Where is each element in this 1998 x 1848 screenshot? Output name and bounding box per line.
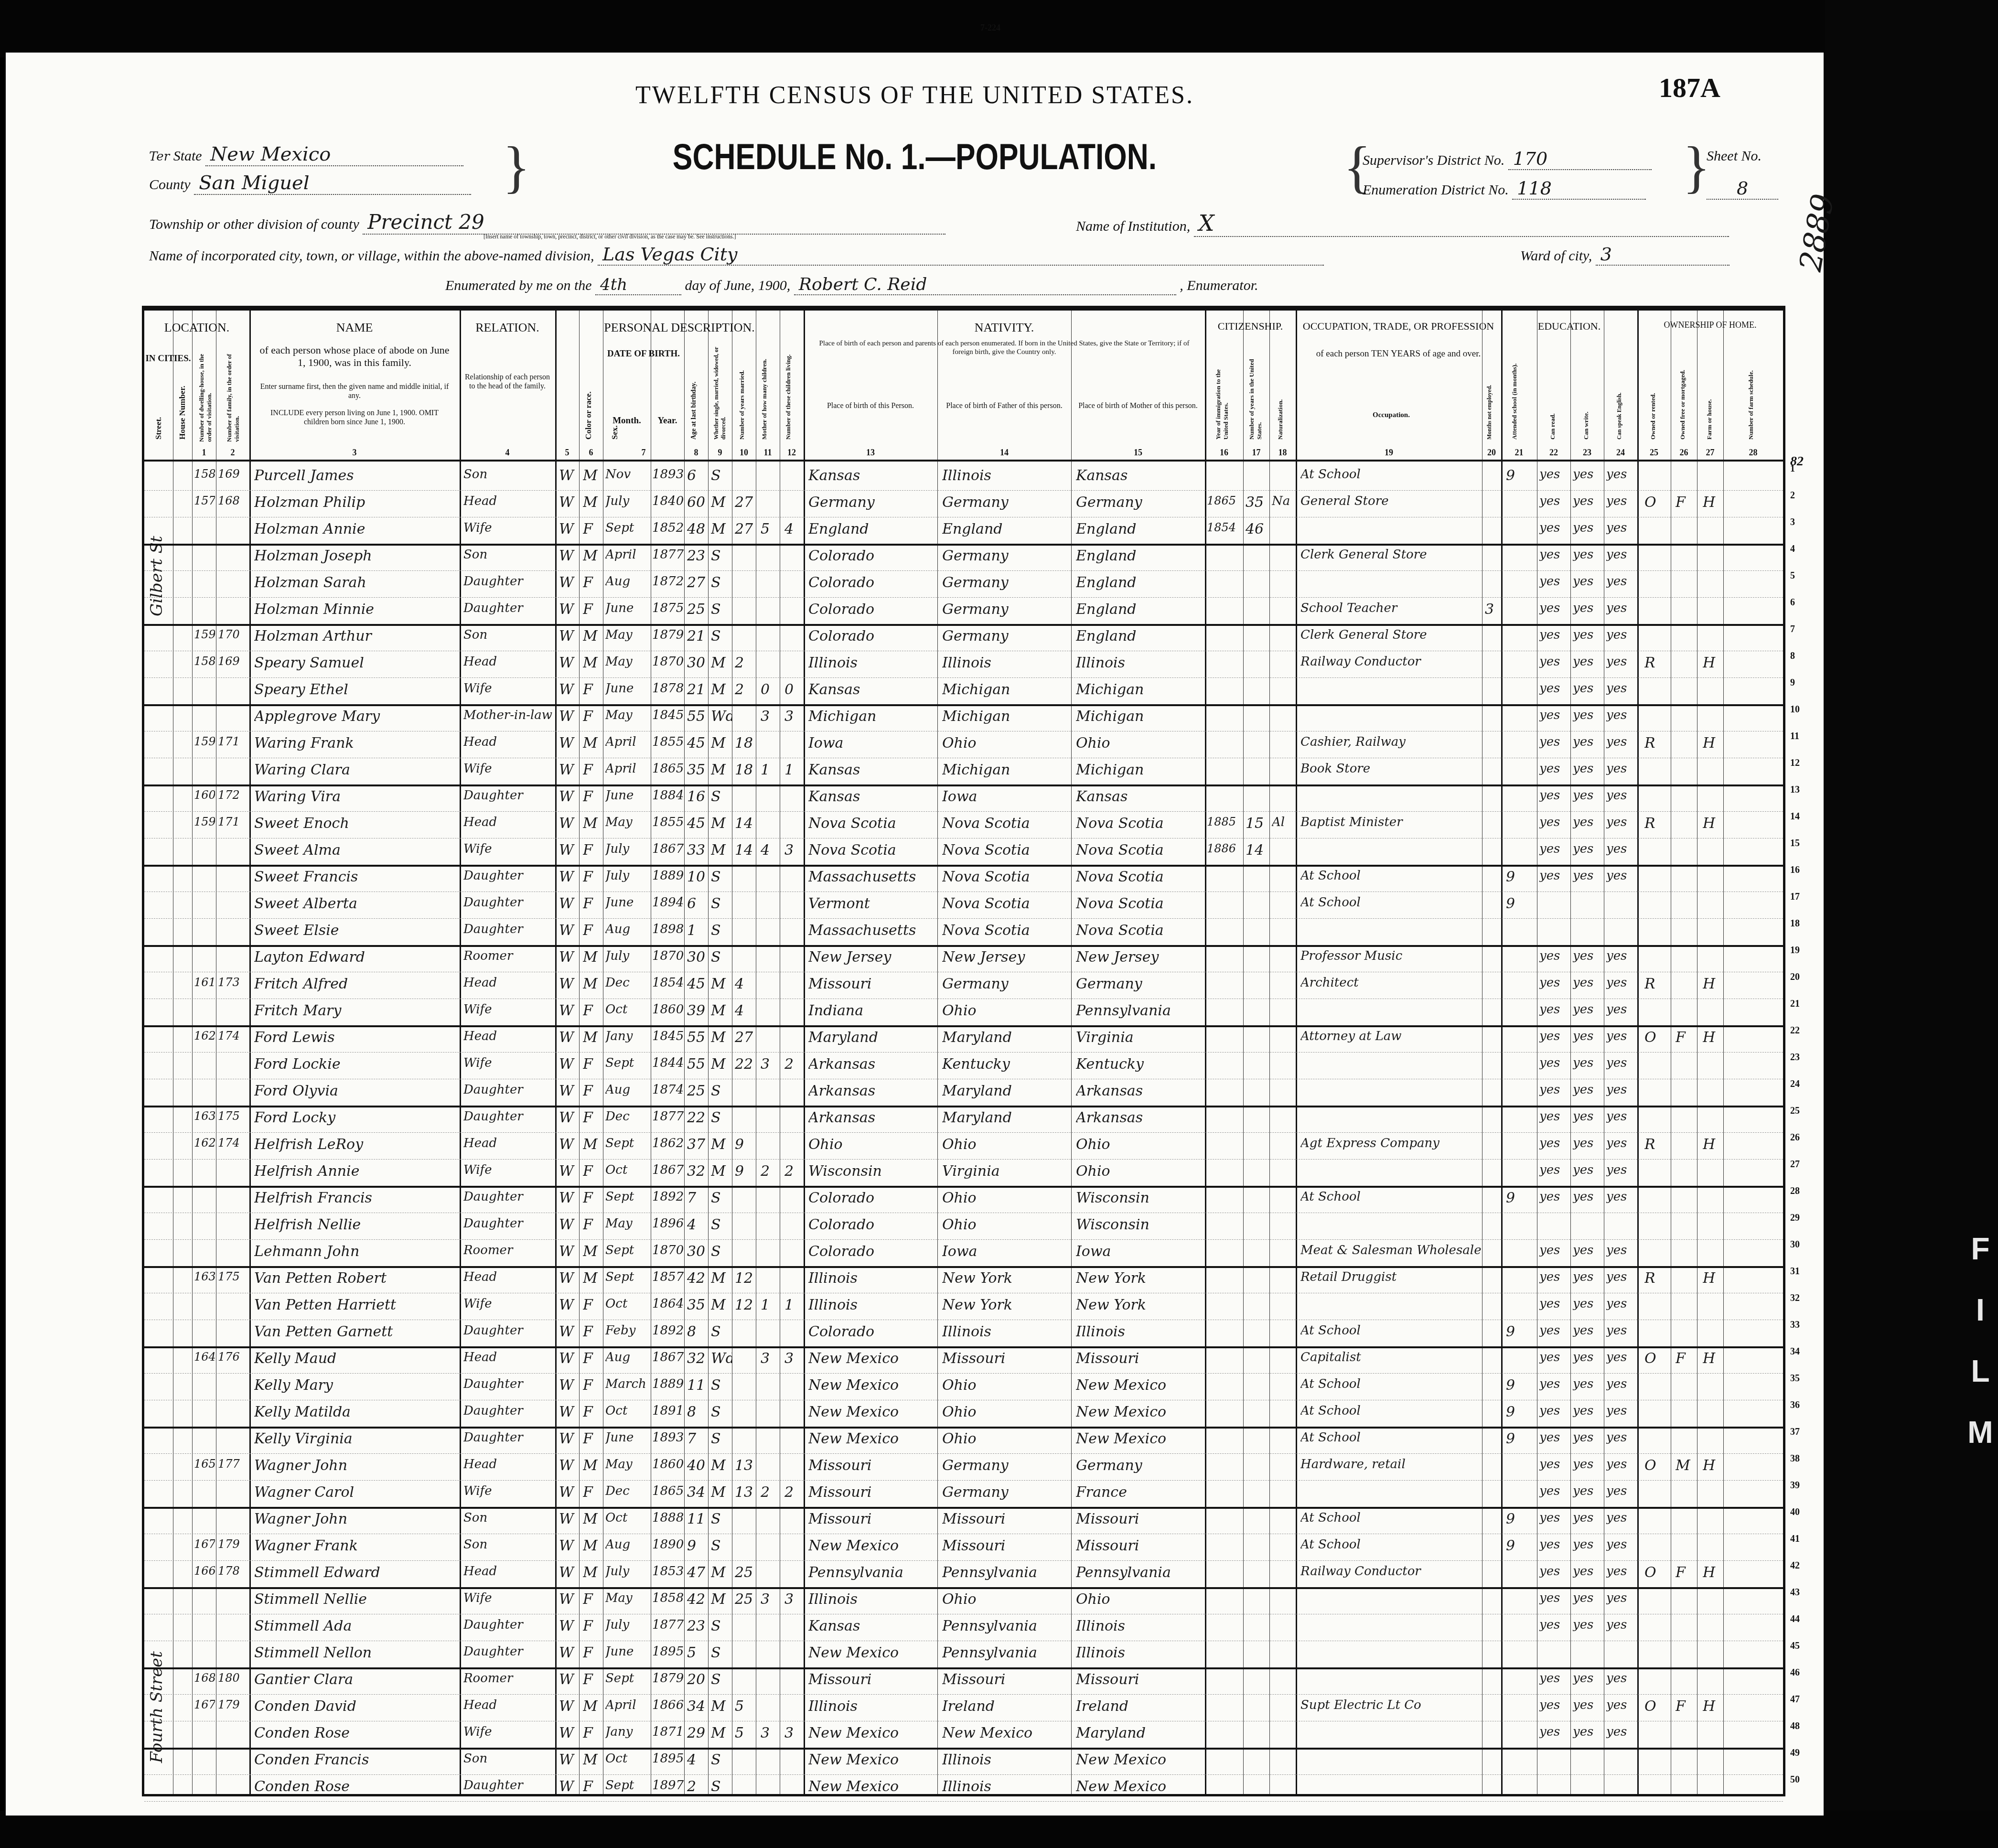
- can-write: yes: [1573, 655, 1603, 669]
- relation: Roomer: [463, 1671, 554, 1686]
- line-number: 7: [1790, 624, 1795, 635]
- family-number: 176: [218, 1350, 248, 1364]
- sex: F: [583, 895, 602, 912]
- father-birthplace: Illinois: [942, 655, 1070, 671]
- table-row: Holzman Sarah Daughter W F Aug 1872 27 S…: [144, 570, 1783, 598]
- table-row: Kelly Mary Daughter W F March 1889 11 S …: [144, 1373, 1783, 1400]
- father-birthplace: New Jersey: [942, 949, 1070, 966]
- table-row: Conden Rose Wife W F Jany 1871 29 M 5 3 …: [144, 1721, 1783, 1750]
- mother-of: 3: [761, 708, 780, 725]
- race: W: [559, 1109, 578, 1126]
- can-write: yes: [1573, 735, 1603, 749]
- can-write: yes: [1573, 1243, 1603, 1257]
- person-name: Helfrish Nellie: [254, 1216, 457, 1233]
- can-write: yes: [1573, 1618, 1603, 1632]
- line-number: 9: [1790, 677, 1795, 688]
- can-speak-english: yes: [1606, 1136, 1637, 1150]
- marital-status: S: [711, 1618, 732, 1634]
- can-read: yes: [1539, 1056, 1570, 1070]
- birth-month: Dec: [605, 1484, 651, 1498]
- table-row: Layton Edward Roomer W M July 1870 30 S …: [144, 945, 1783, 972]
- father-birthplace: Iowa: [942, 788, 1070, 805]
- children-living: 2: [784, 1484, 804, 1501]
- col-attended-school: Attended school (in months).: [1511, 349, 1518, 440]
- dwelling-number: 165: [194, 1457, 215, 1471]
- birth-month: April: [605, 735, 651, 749]
- school-months: 9: [1506, 1190, 1535, 1206]
- can-speak-english: yes: [1606, 494, 1637, 508]
- birth-year: 1867: [652, 1350, 684, 1365]
- ward-field: Ward of city, 3: [1520, 244, 1729, 266]
- father-birthplace: Missouri: [942, 1671, 1070, 1688]
- can-speak-english: yes: [1606, 1190, 1637, 1204]
- mother-birthplace: Pennsylvania: [1076, 1564, 1204, 1581]
- owned-free-mortgaged: M: [1676, 1457, 1697, 1474]
- birthplace: New Mexico: [808, 1430, 936, 1447]
- mother-birthplace: Missouri: [1076, 1671, 1204, 1688]
- person-name: Sweet Francis: [254, 869, 457, 885]
- can-write: yes: [1573, 1163, 1603, 1177]
- dwelling-number: 159: [194, 735, 215, 748]
- col-can-read: Can read.: [1549, 401, 1557, 440]
- years-married: 25: [735, 1591, 756, 1608]
- birthplace: Colorado: [808, 1323, 936, 1340]
- years-married: 22: [735, 1056, 756, 1073]
- person-name: Holzman Arthur: [254, 628, 457, 645]
- birthplace: New Mexico: [808, 1537, 936, 1554]
- relation: Head: [463, 735, 554, 749]
- can-write: yes: [1573, 1537, 1603, 1552]
- line-number: 16: [1790, 865, 1800, 876]
- father-birthplace: New York: [942, 1297, 1070, 1313]
- age: 60: [687, 494, 708, 511]
- mother-birthplace: New Jersey: [1076, 949, 1204, 966]
- can-speak-english: yes: [1606, 1323, 1637, 1338]
- person-name: Sweet Enoch: [254, 815, 457, 832]
- relation: Daughter: [463, 1618, 554, 1632]
- relation: Daughter: [463, 1778, 554, 1793]
- marital-status: S: [711, 1083, 732, 1099]
- years-married: 12: [735, 1297, 756, 1313]
- owned-rented: R: [1644, 815, 1668, 832]
- mother-of: 4: [761, 842, 780, 859]
- line-number: 28: [1790, 1186, 1800, 1197]
- race: W: [559, 1618, 578, 1634]
- occupation: General Store: [1300, 494, 1481, 508]
- birth-year: 1889: [652, 869, 684, 883]
- race: W: [559, 815, 578, 832]
- can-speak-english: yes: [1606, 1457, 1637, 1472]
- can-speak-english: yes: [1606, 1725, 1637, 1739]
- dwelling-number: 163: [194, 1270, 215, 1283]
- col-months-unemployed: Months not employed.: [1486, 373, 1493, 440]
- line-number: 46: [1790, 1667, 1800, 1678]
- line-number: 35: [1790, 1373, 1800, 1384]
- col-can-write: Can write.: [1582, 401, 1590, 440]
- table-row: Conden Francis Son W M Oct 1895 4 S New …: [144, 1748, 1783, 1775]
- immigration-year: 1854: [1207, 521, 1242, 534]
- can-read: yes: [1539, 1297, 1570, 1311]
- sex: M: [583, 1243, 602, 1260]
- can-write: yes: [1573, 1484, 1603, 1498]
- birth-month: Sept: [605, 1136, 651, 1150]
- mother-birthplace: Wisconsin: [1076, 1216, 1204, 1233]
- race: W: [559, 1537, 578, 1554]
- relation: Daughter: [463, 574, 554, 589]
- father-birthplace: Germany: [942, 1457, 1070, 1474]
- marital-status: M: [711, 1056, 732, 1073]
- birth-year: 1862: [652, 1136, 684, 1150]
- marital-status: S: [711, 467, 732, 484]
- birthplace: Missouri: [808, 1457, 936, 1474]
- line-number: 37: [1790, 1427, 1800, 1438]
- birth-year: 1877: [652, 1109, 684, 1124]
- col-age: Age at last birthday.: [690, 363, 698, 440]
- father-birthplace: Missouri: [942, 1537, 1070, 1554]
- line-number: 3: [1790, 517, 1795, 528]
- family-number: 168: [218, 494, 248, 507]
- can-speak-english: yes: [1606, 548, 1637, 562]
- can-speak-english: yes: [1606, 949, 1637, 963]
- can-read: yes: [1539, 869, 1570, 883]
- age: 11: [687, 1511, 708, 1527]
- marital-status: S: [711, 1243, 732, 1260]
- table-row: Wagner Carol Wife W F Dec 1865 34 M 13 2…: [144, 1480, 1783, 1509]
- col-color-race: Color or race.: [584, 382, 593, 440]
- children-living: 2: [784, 1163, 804, 1180]
- header-date-of-birth: DATE OF BIRTH.: [603, 349, 684, 360]
- table-row: 163 175 Van Petten Robert Head W M Sept …: [144, 1266, 1783, 1293]
- mother-of: 5: [761, 521, 780, 537]
- mother-birthplace: Germany: [1076, 1457, 1204, 1474]
- children-living: 3: [784, 1591, 804, 1608]
- father-birthplace: Michigan: [942, 708, 1070, 725]
- can-write: yes: [1573, 1511, 1603, 1525]
- birthplace: Michigan: [808, 708, 936, 725]
- marital-status: Wd: [711, 1350, 732, 1367]
- birthplace: New Mexico: [808, 1404, 936, 1420]
- col-month: Month.: [603, 416, 651, 427]
- mother-birthplace: England: [1076, 601, 1204, 618]
- marital-status: S: [711, 1190, 732, 1206]
- person-name: Stimmell Ada: [254, 1618, 457, 1634]
- relation: Son: [463, 628, 554, 642]
- can-read: yes: [1539, 548, 1570, 562]
- line-number: 45: [1790, 1641, 1800, 1652]
- can-read: yes: [1539, 655, 1570, 669]
- birthplace: Nova Scotia: [808, 842, 936, 859]
- line-number: 8: [1790, 651, 1795, 662]
- birth-month: March: [605, 1377, 651, 1391]
- relation: Head: [463, 1029, 554, 1043]
- birth-year: 1888: [652, 1511, 684, 1525]
- county-field: County San Miguel: [149, 172, 471, 195]
- sex: M: [583, 494, 602, 511]
- age: 47: [687, 1564, 708, 1581]
- birthplace: Arkansas: [808, 1109, 936, 1126]
- mother-birthplace: Arkansas: [1076, 1083, 1204, 1099]
- col-owned-rented: Owned or rented.: [1649, 373, 1657, 440]
- relation: Head: [463, 1136, 554, 1150]
- sex: F: [583, 1644, 602, 1661]
- children-living: 4: [784, 521, 804, 537]
- father-birthplace: Germany: [942, 494, 1070, 511]
- mother-birthplace: Arkansas: [1076, 1109, 1204, 1126]
- birth-year: 1892: [652, 1323, 684, 1338]
- dwelling-number: 167: [194, 1537, 215, 1551]
- sex: M: [583, 1457, 602, 1474]
- person-name: Holzman Joseph: [254, 548, 457, 564]
- race: W: [559, 1511, 578, 1527]
- mother-birthplace: Nova Scotia: [1076, 815, 1204, 832]
- age: 45: [687, 976, 708, 992]
- father-birthplace: Maryland: [942, 1083, 1070, 1099]
- race: W: [559, 735, 578, 752]
- person-name: Helfrish Francis: [254, 1190, 457, 1206]
- occupation: At School: [1300, 1511, 1481, 1525]
- relation: Daughter: [463, 788, 554, 803]
- family-number: 171: [218, 815, 248, 828]
- naturalization: Na: [1272, 494, 1296, 508]
- table-row: 168 180 Gantier Clara Roomer W F Sept 18…: [144, 1667, 1783, 1695]
- birth-year: 1879: [652, 1671, 684, 1686]
- years-married: 4: [735, 1002, 756, 1019]
- family-number: 175: [218, 1109, 248, 1123]
- marital-status: S: [711, 949, 732, 966]
- birth-month: June: [605, 1430, 651, 1445]
- mother-birthplace: England: [1076, 628, 1204, 645]
- birthplace: New Mexico: [808, 1644, 936, 1661]
- marital-status: M: [711, 521, 732, 537]
- occupation: School Teacher: [1300, 601, 1481, 615]
- relation: Head: [463, 1350, 554, 1365]
- occupation: At School: [1300, 869, 1481, 883]
- birthplace: Kansas: [808, 681, 936, 698]
- occupation: Attorney at Law: [1300, 1029, 1481, 1043]
- can-write: yes: [1573, 1671, 1603, 1686]
- can-write: yes: [1573, 628, 1603, 642]
- race: W: [559, 1216, 578, 1233]
- relation: Son: [463, 1511, 554, 1525]
- age: 20: [687, 1671, 708, 1688]
- sex: M: [583, 976, 602, 992]
- person-name: Sweet Alberta: [254, 895, 457, 912]
- years-married: 27: [735, 1029, 756, 1046]
- father-birthplace: Ohio: [942, 735, 1070, 752]
- birth-year: 1875: [652, 601, 684, 615]
- sex: F: [583, 1323, 602, 1340]
- relation: Daughter: [463, 1404, 554, 1418]
- person-name: Kelly Matilda: [254, 1404, 457, 1420]
- sex: M: [583, 1751, 602, 1768]
- farm-or-house: H: [1703, 1029, 1724, 1046]
- birth-year: 1895: [652, 1751, 684, 1766]
- birthplace: Arkansas: [808, 1083, 936, 1099]
- can-speak-english: yes: [1606, 1618, 1637, 1632]
- state-value: New Mexico: [205, 143, 463, 166]
- school-months: 9: [1506, 1404, 1535, 1420]
- age: 30: [687, 1243, 708, 1260]
- can-read: yes: [1539, 467, 1570, 482]
- family-number: 174: [218, 1136, 248, 1150]
- can-speak-english: yes: [1606, 1056, 1637, 1070]
- line-number: 38: [1790, 1453, 1800, 1464]
- birth-year: 1879: [652, 628, 684, 642]
- can-speak-english: yes: [1606, 1083, 1637, 1097]
- dwelling-number: 164: [194, 1350, 215, 1364]
- birth-month: Oct: [605, 1163, 651, 1177]
- marital-status: M: [711, 842, 732, 859]
- birth-year: 1898: [652, 922, 684, 936]
- occupation: At School: [1300, 1404, 1481, 1418]
- person-name: Kelly Virginia: [254, 1430, 457, 1447]
- relation: Head: [463, 1564, 554, 1579]
- marital-status: M: [711, 1564, 732, 1581]
- col-occupation: Occupation.: [1300, 411, 1482, 419]
- line-number: 20: [1790, 972, 1800, 983]
- race: W: [559, 1136, 578, 1153]
- col-house-number: House Number.: [178, 382, 187, 440]
- family-number: 169: [218, 467, 248, 481]
- occupation: At School: [1300, 1377, 1481, 1391]
- relation: Head: [463, 976, 554, 990]
- birth-year: 1845: [652, 1029, 684, 1043]
- race: W: [559, 467, 578, 484]
- months-unemployed: 3: [1485, 601, 1501, 618]
- person-name: Lehmann John: [254, 1243, 457, 1260]
- mother-birthplace: Virginia: [1076, 1029, 1204, 1046]
- children-living: 3: [784, 1725, 804, 1741]
- state-field: Ter State New Mexico: [149, 143, 463, 166]
- birth-year: 1893: [652, 1430, 684, 1445]
- col-mother-of: Mother of how many children.: [761, 344, 768, 440]
- father-birthplace: Nova Scotia: [942, 922, 1070, 939]
- years-married: 14: [735, 842, 756, 859]
- children-living: 0: [784, 681, 804, 698]
- marital-status: S: [711, 1430, 732, 1447]
- immigration-year: 1885: [1207, 815, 1242, 828]
- table-row: Ford Lockie Wife W F Sept 1844 55 M 22 3…: [144, 1052, 1783, 1079]
- can-write: yes: [1573, 788, 1603, 803]
- can-read: yes: [1539, 1270, 1570, 1284]
- naturalization: Al: [1272, 815, 1296, 829]
- sex: F: [583, 1163, 602, 1180]
- mother-birthplace: New Mexico: [1076, 1751, 1204, 1768]
- birth-month: May: [605, 708, 651, 722]
- can-speak-english: yes: [1606, 762, 1637, 776]
- mother-birthplace: Ohio: [1076, 1136, 1204, 1153]
- birthplace: Kansas: [808, 1618, 936, 1634]
- can-read: yes: [1539, 1564, 1570, 1579]
- person-name: Kelly Maud: [254, 1350, 457, 1367]
- birthplace: Arkansas: [808, 1056, 936, 1073]
- father-birthplace: Ohio: [942, 1430, 1070, 1447]
- person-name: Conden Francis: [254, 1751, 457, 1768]
- age: 40: [687, 1457, 708, 1474]
- years-married: 13: [735, 1457, 756, 1474]
- family-number: 179: [218, 1537, 248, 1551]
- farm-or-house: H: [1703, 494, 1724, 511]
- mother-birthplace: Nova Scotia: [1076, 922, 1204, 939]
- table-row: Holzman Annie Wife W F Sept 1852 48 M 27…: [144, 517, 1783, 546]
- col-speak-english: Can speak English.: [1616, 377, 1623, 440]
- birth-year: 1870: [652, 1243, 684, 1257]
- relation: Wife: [463, 762, 554, 776]
- film-mark: FILM: [1964, 1218, 1997, 1463]
- mother-of: 1: [761, 762, 780, 778]
- race: W: [559, 762, 578, 778]
- birth-month: July: [605, 842, 651, 856]
- mother-birthplace: Pennsylvania: [1076, 1002, 1204, 1019]
- birth-month: Aug: [605, 922, 651, 936]
- person-name: Van Petten Garnett: [254, 1323, 457, 1340]
- county-value: San Miguel: [194, 172, 471, 195]
- mother-of: 3: [761, 1725, 780, 1741]
- can-speak-english: yes: [1606, 708, 1637, 722]
- census-page: 7-224 TWELFTH CENSUS OF THE UNITED STATE…: [6, 53, 1824, 1816]
- race: W: [559, 548, 578, 564]
- mother-of: 3: [761, 1056, 780, 1073]
- col-naturalization: Naturalization.: [1277, 377, 1284, 440]
- line-number: 25: [1790, 1106, 1800, 1117]
- race: W: [559, 1725, 578, 1741]
- marital-status: S: [711, 548, 732, 564]
- age: 6: [687, 895, 708, 912]
- relation: Head: [463, 655, 554, 669]
- can-speak-english: yes: [1606, 1270, 1637, 1284]
- age: 2: [687, 1778, 708, 1795]
- can-speak-english: yes: [1606, 1484, 1637, 1498]
- table-row: 162 174 Helfrish LeRoy Head W M Sept 186…: [144, 1132, 1783, 1160]
- can-speak-english: yes: [1606, 601, 1637, 615]
- occupation: At School: [1300, 1537, 1481, 1552]
- birth-month: Nov: [605, 467, 651, 482]
- sex: F: [583, 1056, 602, 1073]
- dwelling-number: 163: [194, 1109, 215, 1123]
- can-write: yes: [1573, 1270, 1603, 1284]
- can-write: yes: [1573, 681, 1603, 696]
- school-months: 9: [1506, 467, 1535, 484]
- birthplace: Illinois: [808, 655, 936, 671]
- age: 37: [687, 1136, 708, 1153]
- birth-year: 1860: [652, 1002, 684, 1017]
- father-birthplace: Illinois: [942, 1323, 1070, 1340]
- table-row: 167 179 Conden David Head W M April 1866…: [144, 1694, 1783, 1721]
- marital-status: M: [711, 1136, 732, 1153]
- can-write: yes: [1573, 815, 1603, 829]
- can-speak-english: yes: [1606, 521, 1637, 535]
- race: W: [559, 1323, 578, 1340]
- age: 21: [687, 681, 708, 698]
- birth-year: 1877: [652, 548, 684, 562]
- relation: Daughter: [463, 922, 554, 936]
- children-living: 3: [784, 1350, 804, 1367]
- children-living: 3: [784, 842, 804, 859]
- line-number: 26: [1790, 1132, 1800, 1143]
- line-number: 31: [1790, 1266, 1800, 1277]
- header-occupation-desc: of each person TEN YEARS of age and over…: [1300, 349, 1496, 360]
- owned-rented: R: [1644, 1136, 1668, 1153]
- owned-rented: O: [1644, 1698, 1668, 1715]
- years-married: 27: [735, 494, 756, 511]
- can-speak-english: yes: [1606, 1537, 1637, 1552]
- can-speak-english: yes: [1606, 681, 1637, 696]
- sex: F: [583, 1591, 602, 1608]
- birth-month: May: [605, 628, 651, 642]
- relation: Son: [463, 1751, 554, 1766]
- table-row: 159 170 Holzman Arthur Son W M May 1879 …: [144, 624, 1783, 651]
- birth-year: 1857: [652, 1270, 684, 1284]
